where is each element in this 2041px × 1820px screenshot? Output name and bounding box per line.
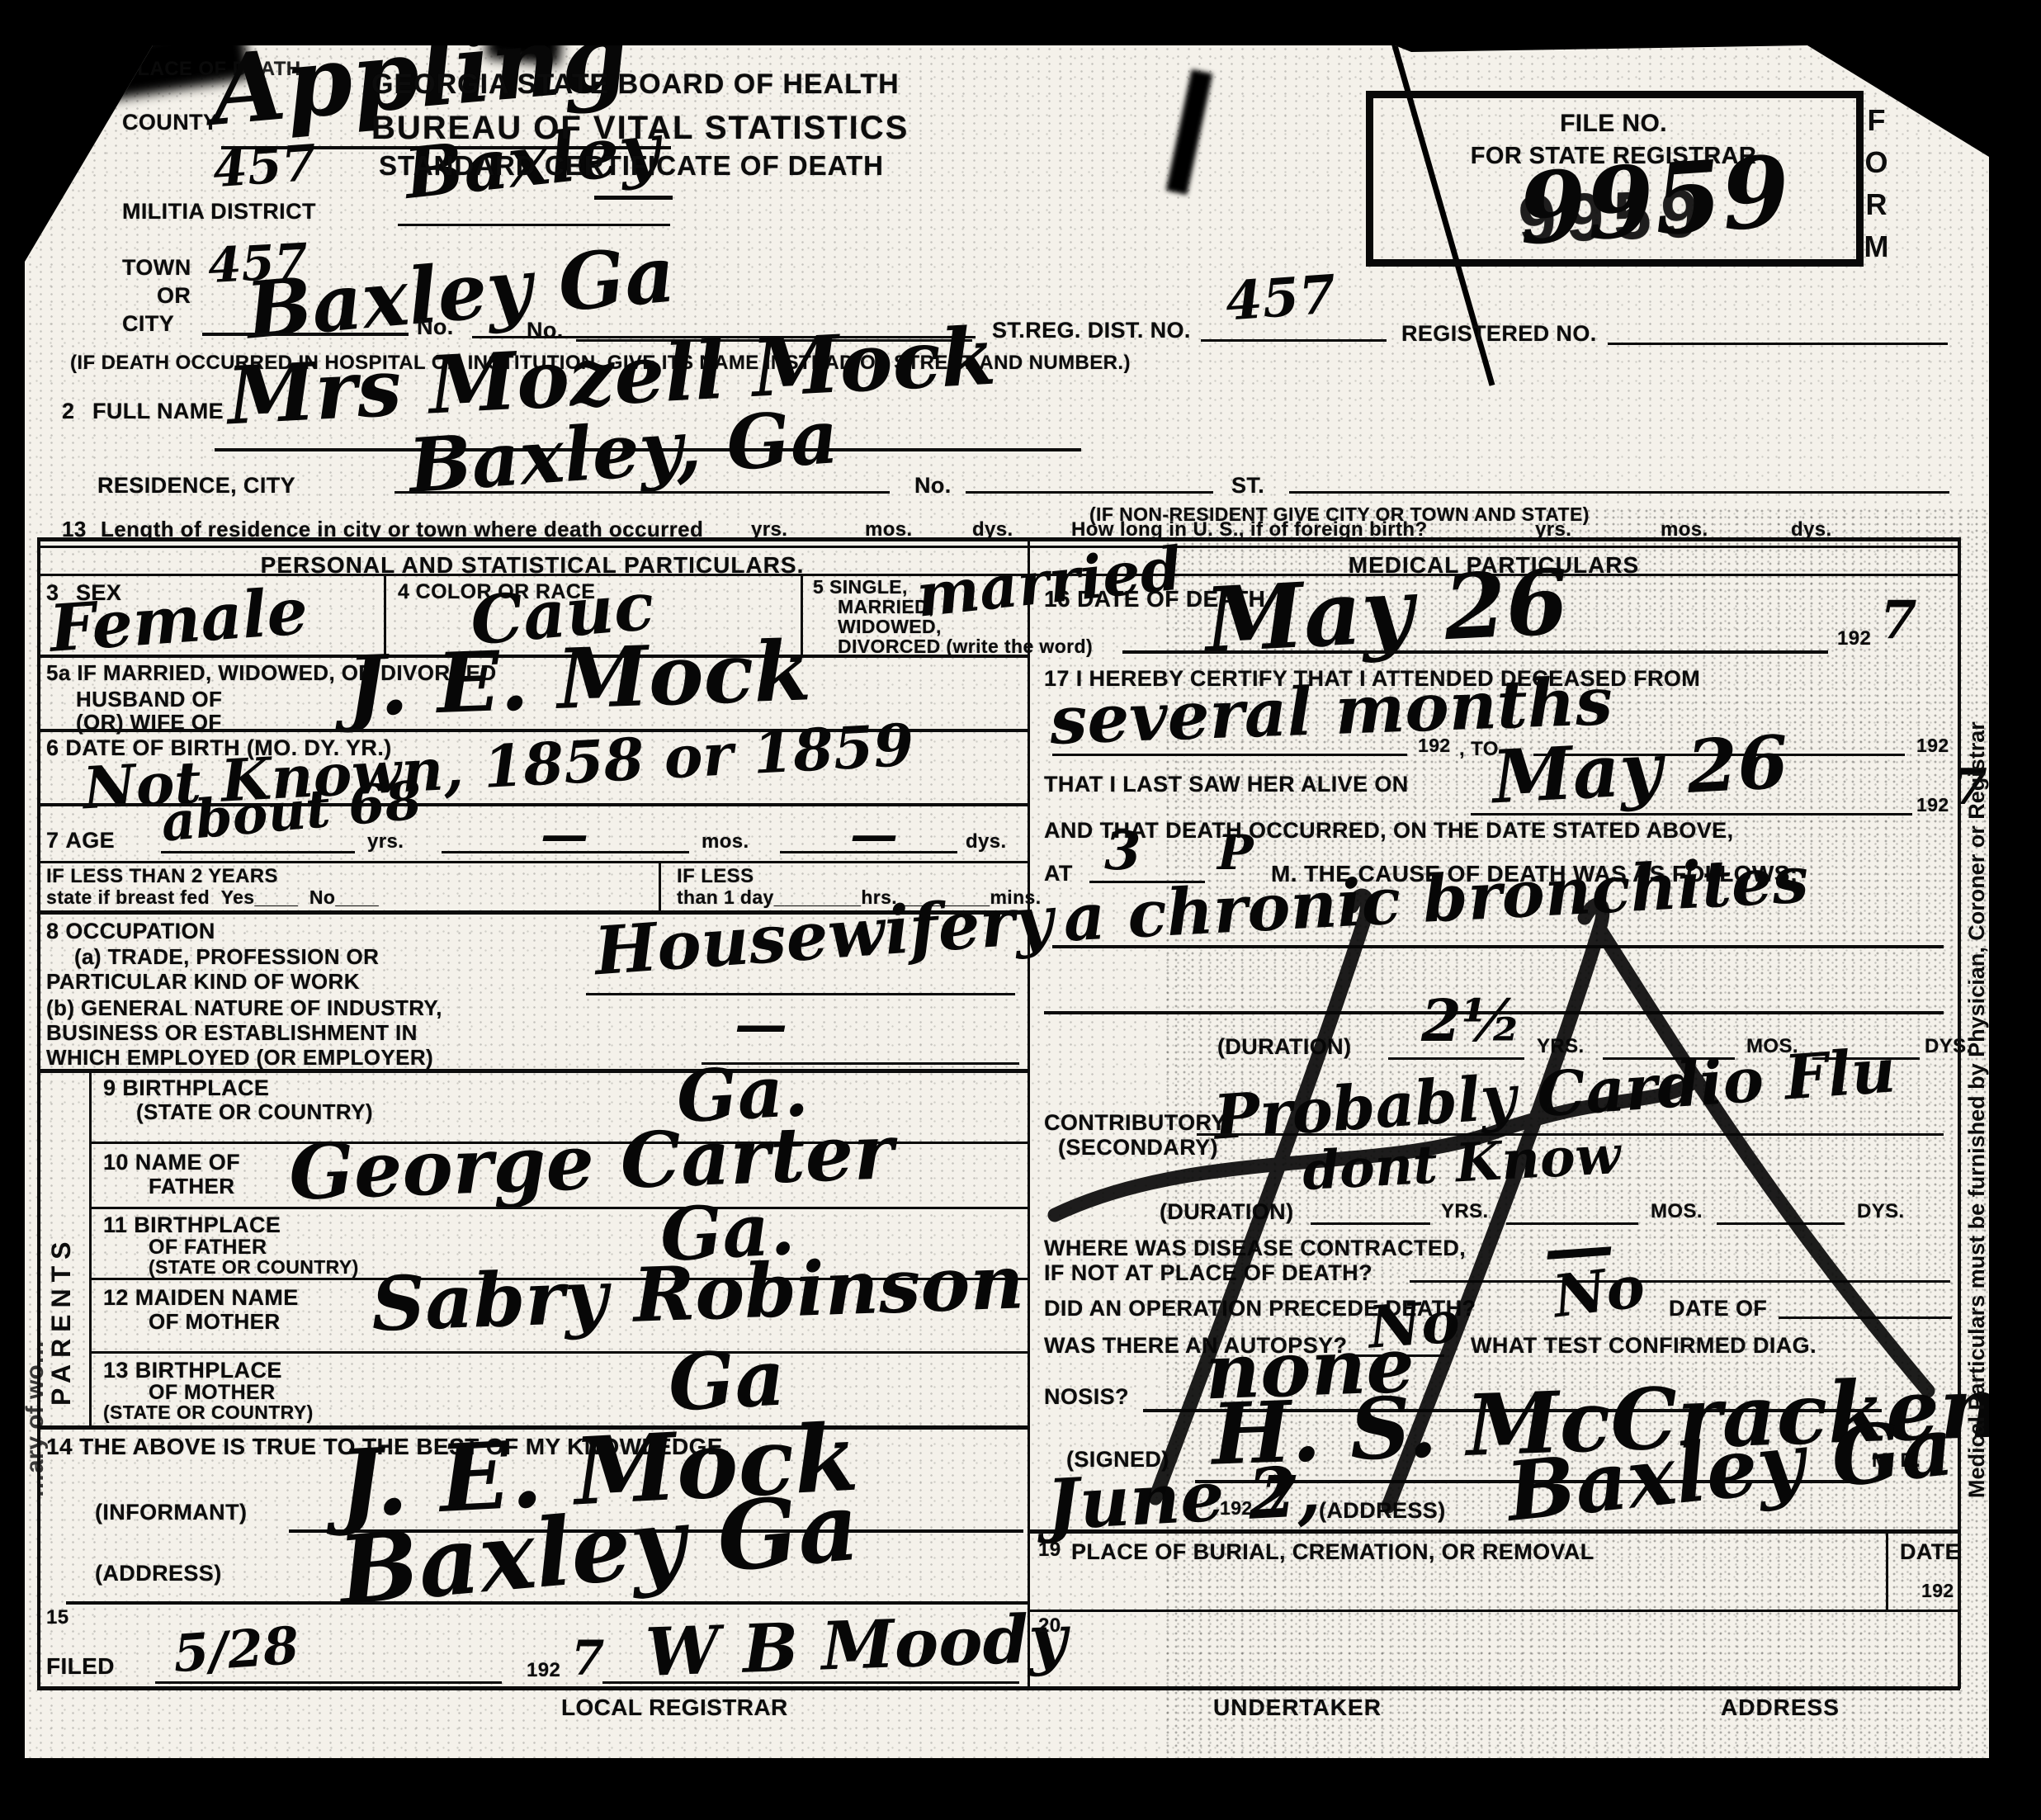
undertaker-address-caption: ADDRESS	[1721, 1695, 1840, 1720]
father-subtext: FATHER	[149, 1175, 234, 1198]
city-blank-line	[202, 333, 409, 336]
mother-number: 12	[103, 1285, 129, 1310]
age-yrs-label: yrs.	[367, 831, 404, 853]
row15-number: 15	[46, 1607, 69, 1629]
informant-address-label: (ADDRESS)	[95, 1561, 222, 1586]
bp13-heading: 13 BIRTHPLACE	[103, 1358, 282, 1383]
husband-of-label: HUSBAND OF	[76, 688, 222, 711]
lastsaw-blank	[1471, 813, 1912, 815]
bp9-heading: 9 BIRTHPLACE	[103, 1075, 269, 1100]
left-margin-fragment: …ary of wo…	[21, 920, 50, 1498]
husband-handwritten: J. E. Mock	[346, 633, 812, 724]
father-handwritten: George Carter	[288, 1118, 895, 1207]
mother-subtext: OF MOTHER	[149, 1310, 281, 1334]
residence-no-blank	[966, 491, 1213, 494]
section-divider-top	[37, 537, 1960, 541]
father-number: 10	[103, 1150, 129, 1175]
certify-year1: 192	[1418, 735, 1451, 757]
occupation-text: OCCUPATION	[65, 919, 215, 943]
certify-blank1	[1052, 754, 1407, 756]
file-no-label: FILE NO.	[1366, 110, 1861, 138]
city-no-label: No.	[417, 314, 454, 339]
town-or-label: OR	[157, 283, 191, 308]
scan-mark	[1166, 69, 1213, 195]
title-dash	[594, 196, 673, 200]
occupation-a2: PARTICULAR KIND OF WORK	[46, 970, 360, 994]
ifless-line1: IF LESS	[677, 866, 754, 888]
certificate-paper: PLACE OF DEATH COUNTY Appling 457 MILITI…	[25, 45, 1989, 1758]
parents-strip-divider	[89, 1069, 92, 1425]
st-reg-dist-handwritten: 457	[1224, 271, 1337, 326]
mother-handwritten: Sabry Robinson	[371, 1249, 1025, 1339]
row-rule	[89, 1207, 1028, 1209]
overwritten-flourish	[1032, 858, 1997, 1519]
st-reg-blank	[1201, 339, 1387, 342]
race-no: 4	[398, 580, 409, 603]
residence-label: RESIDENCE, CITY	[97, 473, 295, 498]
occupation-b2: BUSINESS OR ESTABLISHMENT IN	[46, 1021, 418, 1045]
breastfed-yes: Yes	[221, 886, 255, 908]
sex-handwritten: Female	[48, 583, 309, 659]
filed-label: FILED	[46, 1653, 115, 1679]
filed-year-printed: 192	[527, 1660, 560, 1682]
title-certificate: STANDARD CERTIFICATE OF DEATH	[371, 151, 891, 182]
age-mos-dash: —	[541, 813, 588, 856]
local-registrar-signature: W B Moody	[645, 1608, 1068, 1682]
bp11-heading: 11 BIRTHPLACE	[103, 1213, 281, 1237]
age-label: 7 AGE	[46, 828, 115, 853]
scanned-death-certificate: { "colors":{"paper":"#f4f1ea","ink":"#0b…	[0, 0, 2041, 1820]
occupation-heading: 8 OCCUPATION	[46, 919, 215, 943]
burial-date-label: DATE	[1900, 1539, 1960, 1564]
undertaker-caption: UNDERTAKER	[1213, 1695, 1382, 1720]
occupation-handwritten: Housewifery	[593, 890, 1055, 981]
dod-year-handwritten: 7	[1880, 597, 1917, 645]
bp13-subtext2: (STATE OR COUNTRY)	[103, 1402, 314, 1424]
age-yrs-blank	[161, 851, 355, 853]
registered-no-label: REGISTERED NO.	[1401, 321, 1597, 346]
residence-st-blank	[1289, 491, 1949, 494]
lastsaw-year-printed: 192	[1916, 795, 1949, 816]
burial-label: PLACE OF BURIAL, CREMATION, OR REMOVAL	[1071, 1539, 1595, 1564]
local-registrar-caption: LOCAL REGISTRAR	[561, 1695, 788, 1720]
registered-no-blank	[1608, 343, 1948, 345]
title-bureau: BUREAU OF VITAL STATISTICS	[371, 110, 891, 147]
row-rule	[89, 1351, 1028, 1354]
age-mos-label: mos.	[702, 831, 749, 853]
row20-number: 20	[1038, 1615, 1061, 1638]
bp13-text: BIRTHPLACE	[135, 1358, 282, 1383]
row-rule	[37, 861, 1028, 863]
bp9-subtext: (STATE OR COUNTRY)	[136, 1100, 373, 1124]
lastsaw-handwritten: May 26	[1491, 730, 1789, 811]
occupation-b1: (b) GENERAL NATURE OF INDUSTRY,	[46, 996, 442, 1020]
bp13-number: 13	[103, 1358, 129, 1383]
filed-year-handwritten: 7	[571, 1637, 604, 1680]
parents-vertical-label: PARENTS	[46, 1092, 77, 1406]
title-board: GEORGIA STATE BOARD OF HEALTH	[371, 69, 891, 100]
dod-year-printed: 192	[1837, 628, 1871, 650]
dod-blank	[1122, 650, 1828, 654]
bp11-text: BIRTHPLACE	[134, 1213, 281, 1237]
occupation-blank	[586, 993, 1015, 995]
residence-blank	[394, 491, 890, 494]
breastfed-no: No	[309, 886, 335, 908]
bottom-heavy-rule	[37, 1686, 1960, 1690]
lastsaw-label: THAT I LAST SAW HER ALIVE ON	[1044, 772, 1409, 797]
occurred-label: AND THAT DEATH OCCURRED, ON THE DATE STA…	[1044, 818, 1733, 843]
town-label: TOWN	[122, 255, 191, 280]
filed-date-handwritten: 5/28	[172, 1623, 300, 1677]
residence-handwritten: Baxley, Ga	[407, 404, 840, 500]
mother-text: MAIDEN NAME	[135, 1285, 299, 1310]
dod-handwritten: May 26	[1203, 563, 1571, 662]
city-label: CITY	[122, 311, 174, 336]
dob-number: 6	[46, 735, 59, 760]
husband-number: 5a	[46, 660, 71, 685]
industry-dash-handwritten: —	[735, 1001, 787, 1049]
bp13-subtext1: OF MOTHER	[149, 1381, 276, 1404]
informant-label: (INFORMANT)	[95, 1500, 247, 1525]
burial-row-bottom	[1028, 1610, 1960, 1612]
breastfed-text: state if breast fed	[46, 886, 210, 908]
age-dys-label: dys.	[966, 831, 1007, 853]
truth-number: 14	[46, 1434, 73, 1459]
occupation-a1: (a) TRADE, PROFESSION OR	[74, 945, 379, 969]
age-number: 7	[46, 828, 59, 853]
mother-heading: 12 MAIDEN NAME	[103, 1285, 299, 1310]
occupation-b3: WHICH EMPLOYED (OR EMPLOYER)	[46, 1046, 433, 1070]
bp11-subtext1: OF FATHER	[149, 1236, 267, 1259]
marital-single: SINGLE,	[829, 576, 908, 598]
burial-year: 192	[1921, 1581, 1954, 1602]
burial-date-divider	[1886, 1529, 1888, 1612]
bp9-text: BIRTHPLACE	[122, 1075, 269, 1100]
filed-blank	[155, 1681, 502, 1684]
bp9-number: 9	[103, 1075, 116, 1100]
father-text: NAME OF	[135, 1150, 240, 1175]
father-heading: 10 NAME OF	[103, 1150, 240, 1175]
marital-number: 5	[813, 576, 824, 598]
militia-blank-line	[398, 224, 670, 226]
row-rule-heavy	[37, 1069, 1028, 1073]
registered-number-handwritten: 9959	[1516, 148, 1793, 254]
marital-line1: 5 SINGLE,	[813, 577, 908, 598]
bp11-subtext2: (STATE OR COUNTRY)	[149, 1257, 359, 1279]
age-dys-dash: —	[850, 813, 898, 856]
breastfed-line2: state if breast fed Yes____ No____	[46, 887, 379, 909]
breastfed-line1: IF LESS THAN 2 YEARS	[46, 866, 278, 888]
bp11-number: 11	[103, 1213, 127, 1237]
residence-no-label: No.	[914, 473, 952, 498]
form-vertical-label: FORM	[1859, 103, 1893, 367]
registrar-blank	[602, 1681, 1019, 1684]
certify-year2: 192	[1916, 735, 1949, 757]
st-reg-dist-label: ST.REG. DIST. NO.	[992, 318, 1191, 343]
center-divider	[1028, 541, 1030, 1688]
age-text: AGE	[65, 828, 115, 853]
militia-district-label: MILITIA DISTRICT	[122, 199, 316, 224]
fullname-number: 2	[62, 399, 74, 423]
county-label: COUNTY	[122, 110, 218, 135]
fullname-label: FULL NAME	[92, 399, 224, 423]
militia-number-handwritten: 457	[211, 141, 318, 193]
residence-st-label: ST.	[1231, 473, 1264, 498]
section-divider-bottom	[37, 546, 1960, 548]
cell-divider	[659, 861, 661, 910]
